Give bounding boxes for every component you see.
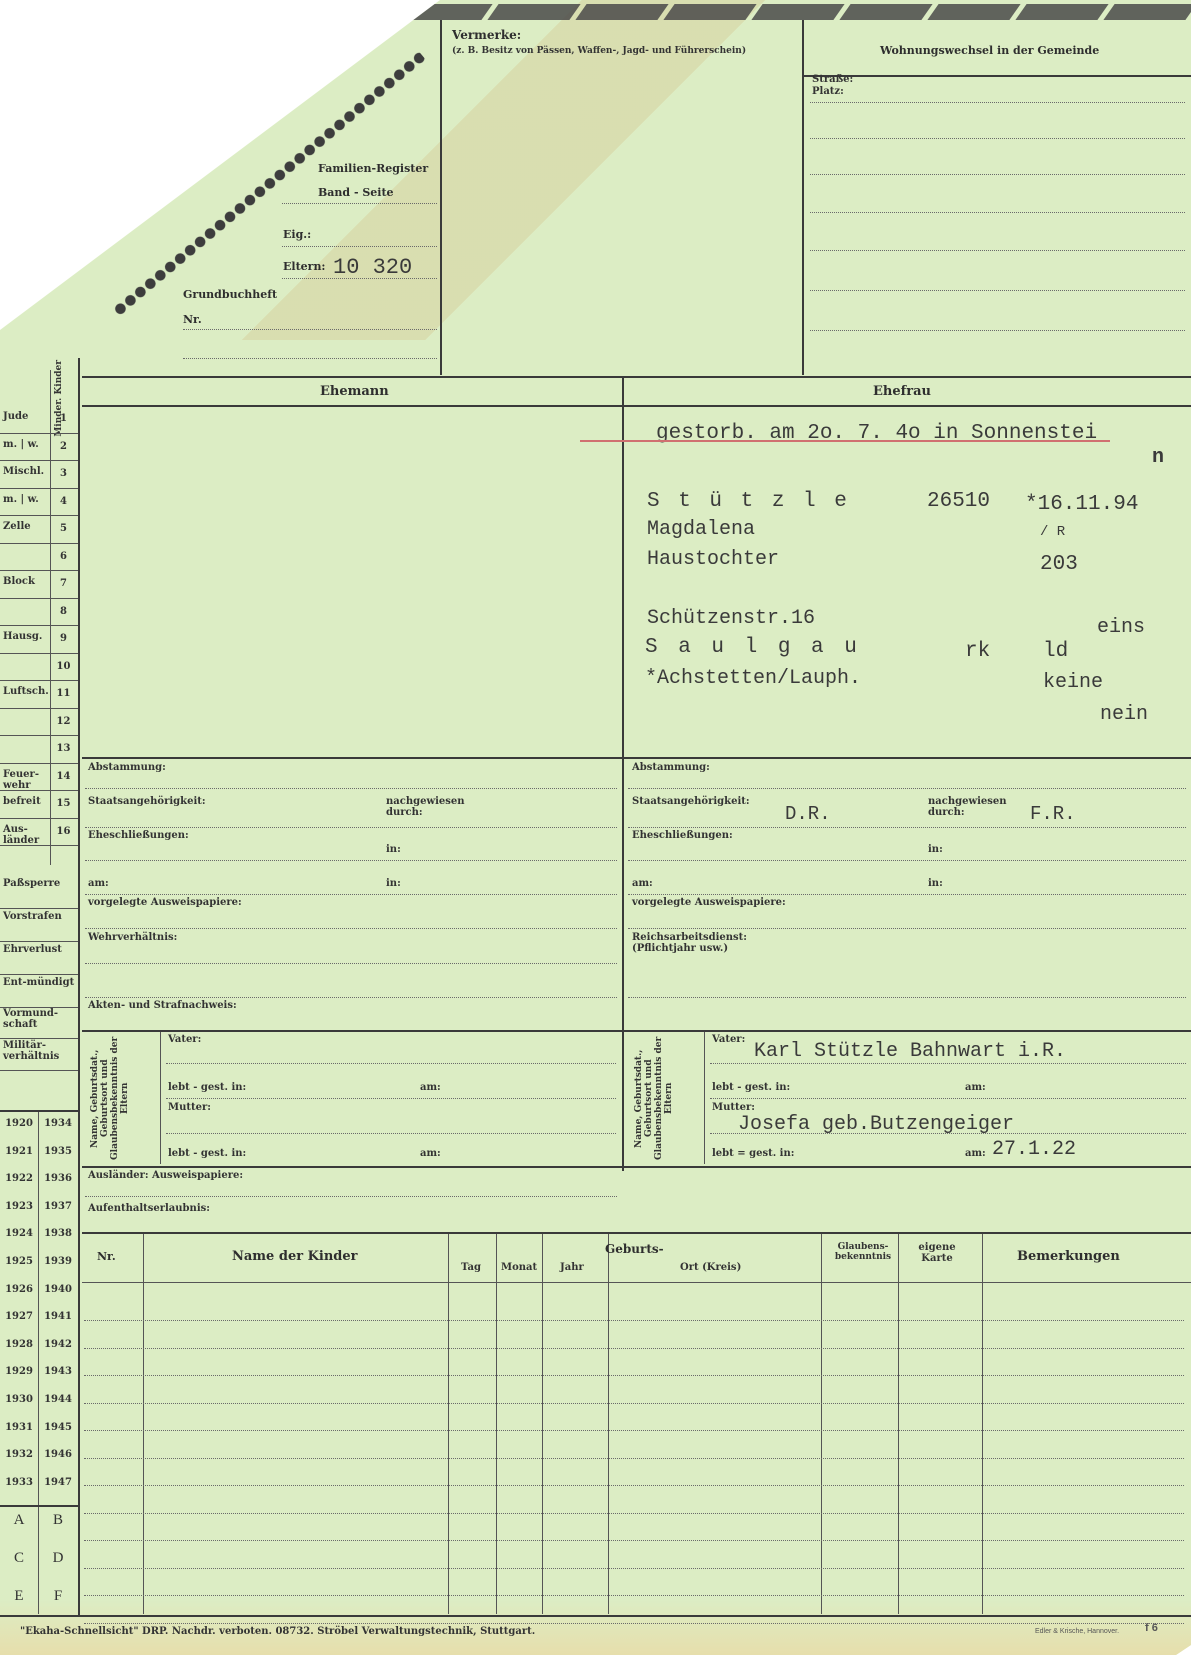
table-row[interactable] bbox=[84, 1320, 1184, 1321]
divider bbox=[0, 543, 78, 544]
eltern-value: 10 320 bbox=[333, 255, 412, 280]
wife-ausweis-label: vorgelegte Ausweispapiere: bbox=[632, 897, 786, 908]
table-row[interactable] bbox=[84, 1375, 1184, 1376]
sidebar-flag-label: Ent-mündigt bbox=[0, 977, 76, 988]
year-cell[interactable]: 1924 bbox=[0, 1228, 38, 1239]
year-cell[interactable]: 1940 bbox=[39, 1284, 77, 1295]
wife-lebt-label: lebt - gest. in: bbox=[712, 1082, 790, 1093]
sidebar-row-number: 15 bbox=[50, 798, 77, 809]
table-column-divider bbox=[542, 1234, 543, 1614]
husband-am-label: am: bbox=[88, 878, 109, 889]
wife-mutter-lebt-label: lebt = gest. in: bbox=[712, 1148, 794, 1159]
wife-mutter-died-value: 27.1.22 bbox=[992, 1138, 1076, 1161]
wife-ausweis-field[interactable] bbox=[628, 928, 1186, 929]
table-row[interactable] bbox=[84, 1348, 1184, 1349]
year-cell[interactable]: 1935 bbox=[39, 1146, 77, 1157]
sidebar-category-label: Feuer-wehr bbox=[0, 769, 50, 791]
wohnung-line[interactable] bbox=[810, 330, 1185, 331]
wife-staat-value: D.R. bbox=[785, 803, 831, 825]
divider bbox=[160, 1032, 161, 1164]
husband-ehe-field[interactable] bbox=[85, 860, 617, 861]
sidebar-row-number: 6 bbox=[50, 551, 77, 562]
table-column-divider bbox=[821, 1234, 822, 1614]
divider bbox=[0, 1038, 78, 1039]
col-name-header: Name der Kinder bbox=[232, 1249, 358, 1264]
year-cell[interactable]: 1932 bbox=[0, 1449, 38, 1460]
husband-wehr-field-2[interactable] bbox=[85, 997, 617, 998]
divider bbox=[82, 376, 1191, 378]
husband-mutter-lebt-label: lebt - gest. in: bbox=[168, 1148, 246, 1159]
sidebar-category-label: Hausg. bbox=[0, 631, 50, 642]
printer-footer: Edler & Krische, Hannover. bbox=[1035, 1628, 1119, 1635]
husband-lebt-label: lebt - gest. in: bbox=[168, 1082, 246, 1093]
wife-mutter-label: Mutter: bbox=[712, 1102, 755, 1113]
sidebar-row-number: 12 bbox=[50, 716, 77, 727]
wife-nachgewiesen-value: F.R. bbox=[1030, 803, 1076, 825]
letter-cell[interactable]: B bbox=[39, 1512, 77, 1529]
wohnung-line[interactable] bbox=[810, 138, 1185, 139]
platz-label: Platz: bbox=[812, 86, 844, 97]
table-row[interactable] bbox=[84, 1540, 1184, 1541]
husband-ehe-field-2[interactable] bbox=[85, 894, 617, 895]
wife-vater-value: Karl Stützle Bahnwart i.R. bbox=[754, 1040, 1066, 1063]
wife-rad-label: Reichsarbeitsdienst: (Pflichtjahr usw.) bbox=[632, 932, 792, 954]
sidebar-category-label: befreit bbox=[0, 796, 50, 807]
sidebar-flag-label: Militär-verhältnis bbox=[0, 1040, 76, 1062]
wife-occupation: Haustochter bbox=[647, 548, 779, 571]
wife-first-name: Magdalena bbox=[647, 518, 755, 541]
wife-in-label: in: bbox=[928, 844, 943, 855]
table-column-divider bbox=[496, 1234, 497, 1614]
letter-cell[interactable]: F bbox=[39, 1588, 77, 1605]
husband-ehe-label: Eheschließungen: bbox=[88, 830, 228, 841]
divider bbox=[0, 460, 78, 461]
table-row[interactable] bbox=[84, 1568, 1184, 1569]
year-cell[interactable]: 1936 bbox=[39, 1173, 77, 1184]
table-row[interactable] bbox=[84, 1458, 1184, 1459]
wife-street: Schützenstr.16 bbox=[647, 607, 815, 630]
form-code: f 6 bbox=[1145, 1622, 1158, 1634]
year-cell[interactable]: 1920 bbox=[0, 1118, 38, 1129]
col-bemerkungen-header: Bemerkungen bbox=[1017, 1249, 1120, 1264]
wife-staat-label: Staatsangehörigkeit: bbox=[632, 796, 750, 807]
husband-abstammung-field[interactable] bbox=[85, 788, 617, 789]
familien-register-label: Familien-Register bbox=[318, 162, 428, 175]
nr-line[interactable] bbox=[183, 329, 437, 330]
divider bbox=[82, 757, 1191, 759]
sidebar-row-number: 1 bbox=[50, 413, 77, 424]
wife-ehe-label: Eheschließungen: bbox=[632, 830, 772, 841]
divider bbox=[0, 845, 78, 846]
wife-status-2: keine bbox=[1043, 671, 1103, 694]
table-row[interactable] bbox=[84, 1623, 1184, 1624]
letter-cell[interactable]: A bbox=[0, 1512, 38, 1529]
death-note-cont: n bbox=[1152, 446, 1164, 469]
auslaender-label: Ausländer: Ausweispapiere: bbox=[88, 1170, 288, 1181]
sidebar-category-label: Luftsch. bbox=[0, 686, 50, 697]
letter-cell[interactable]: D bbox=[39, 1550, 77, 1567]
eig-line[interactable] bbox=[282, 246, 437, 247]
year-cell[interactable]: 1921 bbox=[0, 1146, 38, 1157]
divider bbox=[0, 680, 78, 681]
letter-cell[interactable]: E bbox=[0, 1588, 38, 1605]
husband-in-label-2: in: bbox=[386, 878, 401, 889]
year-cell[interactable]: 1928 bbox=[0, 1339, 38, 1350]
wife-birth-date: *16.11.94 bbox=[1025, 493, 1138, 516]
sidebar-row-number: 7 bbox=[50, 578, 77, 589]
wife-status-1: eins bbox=[1097, 616, 1145, 639]
divider bbox=[82, 1030, 1191, 1032]
husband-vater-label: Vater: bbox=[168, 1034, 201, 1045]
wife-status-3: nein bbox=[1100, 703, 1148, 726]
sidebar-row-number: 13 bbox=[50, 743, 77, 754]
col-karte-header: eigene Karte bbox=[912, 1242, 962, 1264]
divider bbox=[82, 1232, 1191, 1234]
year-cell[interactable]: 1925 bbox=[0, 1256, 38, 1267]
divider bbox=[0, 488, 78, 489]
eltern-label: Eltern: bbox=[283, 260, 326, 273]
index-stripes bbox=[405, 4, 1191, 22]
sidebar-row-number: 10 bbox=[50, 661, 77, 672]
wife-surname: S t ü t z l e bbox=[647, 490, 850, 513]
year-cell[interactable]: 1946 bbox=[39, 1449, 77, 1460]
sidebar-flag-label: Vorstrafen bbox=[0, 911, 76, 922]
sidebar-category-label: Zelle bbox=[0, 521, 50, 532]
wife-ehe-field[interactable] bbox=[628, 860, 1186, 861]
divider bbox=[802, 20, 804, 375]
register-card: S t ü t z l e Magdalena, Haustochter Fam… bbox=[0, 0, 1191, 1679]
table-row[interactable] bbox=[84, 1403, 1184, 1404]
ehefrau-header: Ehefrau bbox=[873, 384, 931, 399]
vermerke-title: Vermerke: bbox=[452, 28, 521, 42]
wife-mutter-field[interactable] bbox=[710, 1133, 1186, 1134]
divider bbox=[0, 1615, 1191, 1617]
band-seite-line[interactable] bbox=[282, 203, 437, 204]
divider bbox=[0, 625, 78, 626]
year-cell[interactable]: 1942 bbox=[39, 1339, 77, 1350]
sidebar-flag-label: Paßsperre bbox=[0, 878, 76, 889]
grundbuchheft-label: Grundbuchheft bbox=[183, 288, 277, 301]
divider bbox=[0, 570, 78, 571]
wife-staat-field[interactable] bbox=[628, 827, 1186, 828]
sidebar-row-number: 9 bbox=[50, 633, 77, 644]
divider bbox=[0, 908, 78, 909]
wife-ehe-field-2[interactable] bbox=[628, 894, 1186, 895]
wife-lebt-field[interactable] bbox=[710, 1098, 1186, 1099]
year-cell[interactable]: 1943 bbox=[39, 1366, 77, 1377]
band-seite-label: Band - Seite bbox=[318, 186, 394, 199]
year-cell[interactable]: 1938 bbox=[39, 1228, 77, 1239]
wife-mutter-am-label: am: bbox=[965, 1148, 986, 1159]
wife-eltern-side-label: Name, Geburtsdat., Geburtsort und Glaube… bbox=[634, 1036, 674, 1161]
sidebar-flag-label: Vormund-schaft bbox=[0, 1008, 76, 1030]
sidebar-category-label: Block bbox=[0, 576, 50, 587]
divider bbox=[0, 708, 78, 709]
column-divider bbox=[622, 376, 624, 1171]
table-column-divider bbox=[608, 1234, 609, 1614]
sidebar-flag-label: Ehrverlust bbox=[0, 944, 76, 955]
husband-vater-field[interactable] bbox=[166, 1063, 616, 1064]
husband-mutter-label: Mutter: bbox=[168, 1102, 211, 1113]
divider bbox=[802, 75, 1191, 77]
divider bbox=[0, 515, 78, 516]
divider bbox=[0, 598, 78, 599]
sidebar-category-label: m. | w. bbox=[0, 439, 50, 450]
year-cell[interactable]: 1927 bbox=[0, 1311, 38, 1322]
minder-kinder-label: Minder. Kinder bbox=[54, 360, 64, 437]
sidebar-row-number: 16 bbox=[50, 826, 77, 837]
sidebar-category-label: Mischl. bbox=[0, 466, 50, 477]
husband-staat-label: Staatsangehörigkeit: bbox=[88, 796, 206, 807]
wife-rad-field[interactable] bbox=[628, 997, 1186, 998]
wife-number: 26510 bbox=[927, 490, 990, 513]
nr-label: Nr. bbox=[183, 313, 202, 326]
vermerke-subtitle: (z. B. Besitz von Pässen, Waffen-, Jagd-… bbox=[452, 46, 746, 56]
sidebar-category-label: Aus-länder bbox=[0, 824, 50, 846]
divider bbox=[82, 405, 1191, 407]
year-cell[interactable]: 1944 bbox=[39, 1394, 77, 1405]
year-cell[interactable]: 1922 bbox=[0, 1173, 38, 1184]
table-row[interactable] bbox=[84, 1485, 1184, 1486]
divider bbox=[704, 1032, 705, 1164]
col-monat-header: Monat bbox=[501, 1262, 537, 1273]
year-cell[interactable]: 1931 bbox=[0, 1422, 38, 1433]
eltern-line[interactable] bbox=[282, 278, 437, 279]
wife-abstammung-label: Abstammung: bbox=[632, 762, 710, 773]
husband-eltern-side-label: Name, Geburtsdat., Geburtsort und Glaube… bbox=[90, 1036, 130, 1161]
divider bbox=[440, 20, 442, 375]
divider bbox=[0, 763, 78, 764]
husband-staat-field[interactable] bbox=[85, 827, 617, 828]
husband-ausweis-label: vorgelegte Ausweispapiere: bbox=[88, 897, 242, 908]
wife-nachgewiesen-label: nachgewiesen durch: bbox=[928, 796, 1018, 818]
year-cell[interactable]: 1934 bbox=[39, 1118, 77, 1129]
year-cell[interactable]: 1941 bbox=[39, 1311, 77, 1322]
husband-wehr-label: Wehrverhältnis: bbox=[88, 932, 177, 943]
wife-am-label: am: bbox=[632, 878, 653, 889]
divider bbox=[0, 818, 78, 819]
husband-wehr-field[interactable] bbox=[85, 963, 617, 964]
letter-cell[interactable]: C bbox=[0, 1550, 38, 1567]
wife-mark-1: / R bbox=[1040, 524, 1065, 540]
husband-lebt-field[interactable] bbox=[166, 1098, 616, 1099]
table-column-divider bbox=[143, 1234, 144, 1614]
col-nr-header: Nr. bbox=[97, 1250, 116, 1263]
wife-town: S a u l g a u bbox=[645, 636, 861, 659]
eig-label: Eig.: bbox=[283, 228, 311, 241]
col-geburts-header: Geburts- bbox=[605, 1242, 664, 1256]
year-cell[interactable]: 1930 bbox=[0, 1394, 38, 1405]
wife-marital: ld bbox=[1043, 640, 1068, 663]
wohnung-line[interactable] bbox=[810, 174, 1185, 175]
sidebar-category-label: Jude bbox=[0, 411, 50, 422]
divider bbox=[0, 653, 78, 654]
sidebar-row-number: 11 bbox=[50, 688, 77, 699]
husband-akten-label: Akten- und Strafnachweis: bbox=[88, 1000, 237, 1011]
red-underline bbox=[580, 440, 1110, 442]
wife-vater-am-label: am: bbox=[965, 1082, 986, 1093]
divider bbox=[0, 1110, 78, 1112]
strasse-label: Straße: bbox=[812, 74, 853, 85]
wohnung-line[interactable] bbox=[810, 212, 1185, 213]
divider bbox=[0, 790, 78, 791]
year-cell[interactable]: 1945 bbox=[39, 1422, 77, 1433]
table-row[interactable] bbox=[84, 1430, 1184, 1431]
year-cell[interactable]: 1937 bbox=[39, 1201, 77, 1212]
year-cell[interactable]: 1933 bbox=[0, 1477, 38, 1488]
divider bbox=[0, 1505, 78, 1507]
divider bbox=[82, 1282, 1191, 1283]
divider bbox=[0, 735, 78, 736]
year-cell[interactable]: 1939 bbox=[39, 1256, 77, 1267]
sidebar-row-number: 5 bbox=[50, 523, 77, 534]
form-title-footer: "Ekaha-Schnellsicht" DRP. Nachdr. verbot… bbox=[20, 1626, 535, 1637]
table-column-divider bbox=[982, 1234, 983, 1614]
year-cell[interactable]: 1929 bbox=[0, 1366, 38, 1377]
sidebar-row-number: 4 bbox=[50, 496, 77, 507]
wife-abstammung-field[interactable] bbox=[628, 788, 1186, 789]
col-jahr-header: Jahr bbox=[560, 1262, 584, 1273]
nr-line-2[interactable] bbox=[183, 358, 437, 359]
wife-mark-2: 203 bbox=[1040, 553, 1078, 576]
table-column-divider bbox=[448, 1234, 449, 1614]
wohnung-line[interactable] bbox=[810, 290, 1185, 291]
husband-ausweis-field[interactable] bbox=[85, 928, 617, 929]
year-cell[interactable]: 1947 bbox=[39, 1477, 77, 1488]
table-column-divider bbox=[898, 1234, 899, 1614]
wife-birthplace: *Achstetten/Lauph. bbox=[645, 667, 861, 690]
husband-mutter-field[interactable] bbox=[166, 1133, 616, 1134]
divider bbox=[0, 433, 78, 434]
auslaender-field[interactable] bbox=[85, 1196, 617, 1197]
divider bbox=[38, 1112, 39, 1614]
husband-abstammung-label: Abstammung: bbox=[88, 762, 166, 773]
husband-nachgewiesen-label: nachgewiesen durch: bbox=[386, 796, 476, 818]
husband-in-label: in: bbox=[386, 844, 401, 855]
sidebar-border bbox=[78, 358, 80, 1615]
wife-vater-label: Vater: bbox=[712, 1034, 745, 1045]
sidebar-row-number: 8 bbox=[50, 606, 77, 617]
year-cell[interactable]: 1926 bbox=[0, 1284, 38, 1295]
divider bbox=[0, 1070, 78, 1071]
divider bbox=[0, 974, 78, 975]
sidebar-row-number: 2 bbox=[50, 441, 77, 452]
wife-vater-field[interactable] bbox=[710, 1063, 1186, 1064]
husband-vater-am-label: am: bbox=[420, 1082, 441, 1093]
husband-mutter-am-label: am: bbox=[420, 1148, 441, 1159]
aufenthalt-label: Aufenthaltserlaubnis: bbox=[88, 1203, 210, 1214]
col-tag-header: Tag bbox=[461, 1262, 481, 1273]
table-row[interactable] bbox=[84, 1513, 1184, 1514]
sidebar-row-number: 14 bbox=[50, 771, 77, 782]
ehemann-header: Ehemann bbox=[320, 384, 389, 399]
wohnung-line[interactable] bbox=[810, 102, 1185, 103]
divider bbox=[0, 941, 78, 942]
wife-religion: rk bbox=[965, 640, 990, 663]
sidebar-category-label: m. | w. bbox=[0, 494, 50, 505]
wife-in-label-2: in: bbox=[928, 878, 943, 889]
col-ort-header: Ort (Kreis) bbox=[680, 1262, 741, 1273]
divider bbox=[82, 1166, 1191, 1168]
table-row[interactable] bbox=[84, 1595, 1184, 1596]
col-glaubens-header: Glaubens-bekenntnis bbox=[828, 1242, 898, 1262]
year-cell[interactable]: 1923 bbox=[0, 1201, 38, 1212]
wohnungswechsel-title: Wohnungswechsel in der Gemeinde bbox=[880, 44, 1099, 57]
wohnung-line[interactable] bbox=[810, 250, 1185, 251]
sidebar-row-number: 3 bbox=[50, 468, 77, 479]
